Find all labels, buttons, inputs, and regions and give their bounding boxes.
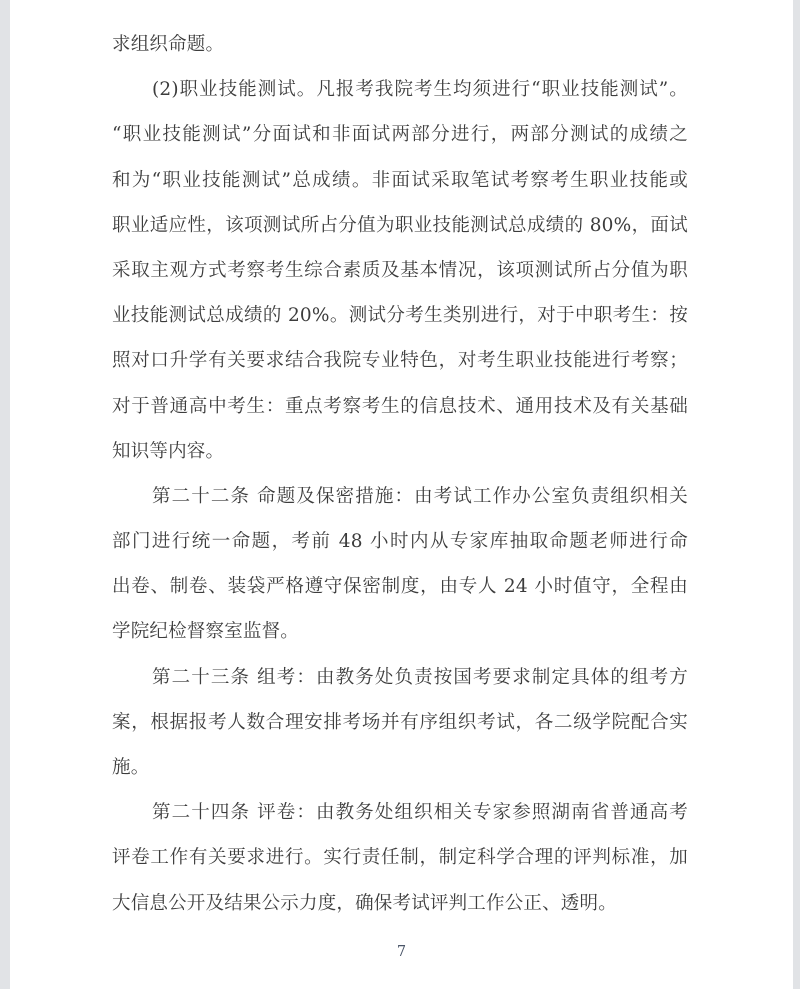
text-line: 第二十三条 组考：由教务处负责按国考要求制定具体的组考方 (112, 655, 688, 700)
text-line: “职业技能测试”分面试和非面试两部分进行，两部分测试的成绩之 (112, 112, 688, 157)
document-page: 求组织命题。(2)职业技能测试。凡报考我院考生均须进行“职业技能测试”。“职业技… (10, 0, 793, 989)
text-line: 和为“职业技能测试”总成绩。非面试采取笔试考察考生职业技能或 (112, 158, 688, 203)
text-line: 出卷、制卷、装袋严格遵守保密制度，由专人 24 小时值守，全程由 (112, 564, 688, 609)
text-line: 案，根据报考人数合理安排考场并有序组织考试，各二级学院配合实 (112, 700, 688, 745)
page-number: 7 (10, 944, 793, 960)
paragraph: 求组织命题。 (112, 22, 688, 67)
viewer-gutter-left (0, 0, 10, 989)
text-line: 部门进行统一命题，考前 48 小时内从专家库抽取命题老师进行命题， (112, 519, 688, 564)
text-line: (2)职业技能测试。凡报考我院考生均须进行“职业技能测试”。 (112, 67, 688, 112)
text-line: 第二十二条 命题及保密措施：由考试工作办公室负责组织相关 (112, 474, 688, 519)
paragraph: 第二十三条 组考：由教务处负责按国考要求制定具体的组考方案，根据报考人数合理安排… (112, 655, 688, 791)
text-line: 第二十四条 评卷：由教务处组织相关专家参照湖南省普通高考 (112, 790, 688, 835)
text-line: 评卷工作有关要求进行。实行责任制，制定科学合理的评判标准，加 (112, 835, 688, 880)
text-line: 求组织命题。 (112, 22, 688, 67)
text-line: 采取主观方式考察考生综合素质及基本情况，该项测试所占分值为职 (112, 248, 688, 293)
text-line: 职业适应性，该项测试所占分值为职业技能测试总成绩的 80%，面试 (112, 203, 688, 248)
document-text-block: 求组织命题。(2)职业技能测试。凡报考我院考生均须进行“职业技能测试”。“职业技… (112, 22, 688, 926)
viewer-gutter-right (793, 0, 800, 989)
text-line: 大信息公开及结果公示力度，确保考试评判工作公正、透明。 (112, 881, 688, 926)
paragraph: 第二十四条 评卷：由教务处组织相关专家参照湖南省普通高考评卷工作有关要求进行。实… (112, 790, 688, 926)
paragraph: (2)职业技能测试。凡报考我院考生均须进行“职业技能测试”。“职业技能测试”分面… (112, 67, 688, 474)
text-line: 业技能测试总成绩的 20%。测试分考生类别进行，对于中职考生：按 (112, 293, 688, 338)
paragraph: 第二十二条 命题及保密措施：由考试工作办公室负责组织相关部门进行统一命题，考前 … (112, 474, 688, 655)
text-line: 照对口升学有关要求结合我院专业特色，对考生职业技能进行考察； (112, 338, 688, 383)
text-line: 学院纪检督察室监督。 (112, 609, 688, 654)
text-line: 知识等内容。 (112, 429, 688, 474)
document-viewer: { "document": { "page_number": "7", "col… (0, 0, 800, 989)
text-line: 施。 (112, 745, 688, 790)
text-line: 对于普通高中考生：重点考察考生的信息技术、通用技术及有关基础 (112, 384, 688, 429)
